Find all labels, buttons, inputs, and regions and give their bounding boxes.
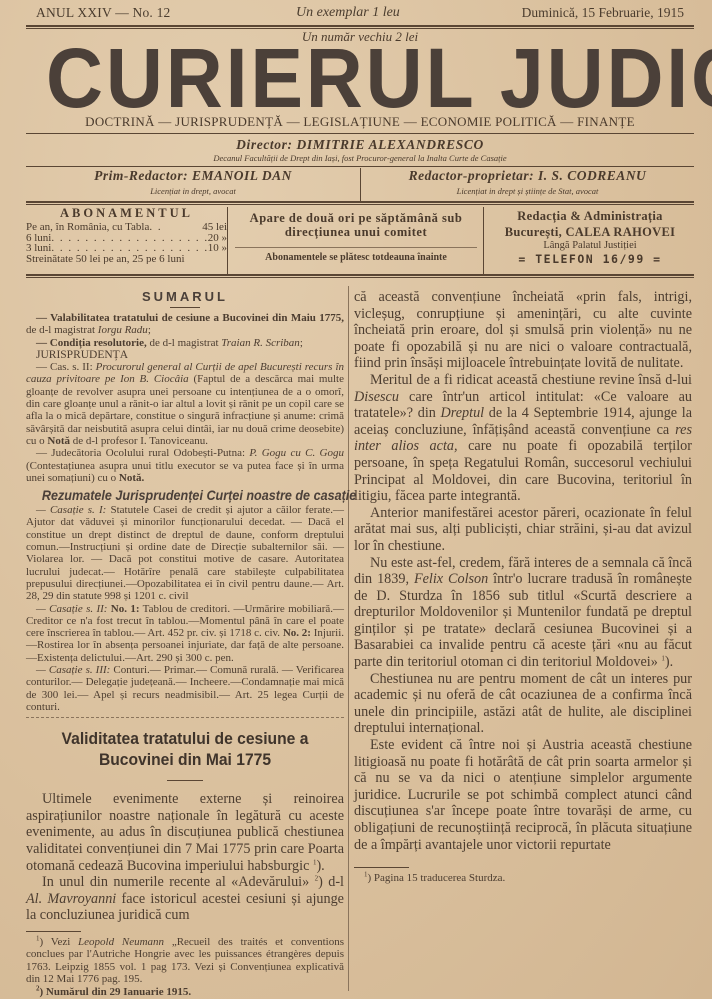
footnote-rule	[26, 931, 81, 932]
rule	[26, 133, 694, 134]
director-line: Director: DIMITRIE ALEXANDRESCO	[26, 137, 694, 153]
footnotes-right: 1) Pagina 15 traducerea Sturdza.	[354, 872, 692, 884]
paragraph: Meritul de a fi ridicat această chestiun…	[354, 372, 692, 505]
subscription-title: ABONAMENTUL	[26, 207, 227, 220]
footnote-rule	[354, 867, 409, 868]
redactor-proprietar-block: Redactor-proprietar: I. S. CODREANU Lice…	[360, 168, 694, 201]
publication-frequency: Apare de două ori pe săptămână sub direc…	[229, 211, 483, 239]
ornament-rule	[170, 307, 200, 308]
summary-list: — Valabilitatea tratatului de cesiune a …	[26, 312, 344, 713]
summary-item: — Condiția resolutorie, de d-l magistrat…	[26, 337, 344, 349]
article-body-left: Ultimele evenimente externe și reinoirea…	[26, 791, 344, 924]
footnote: 2) Numărul din 29 Ianuarie 1915.	[26, 986, 344, 998]
summary-item: — Casație s. II: No. 1: Tablou de credit…	[26, 603, 344, 664]
divider	[235, 247, 477, 248]
administration-title: Redacția & Administrația	[486, 209, 694, 223]
article-title: Validitatea tratatului de cesiune a Buco…	[39, 728, 332, 770]
paragraph: Chestiunea nu are pentru moment de cât u…	[354, 671, 692, 737]
administration-landmark: Lângă Palatul Justiției	[486, 239, 694, 252]
rezumate-heading: Rezumatele Jurisprudenței Curței noastre…	[42, 486, 328, 504]
summary-item: — Valabilitatea tratatului de cesiune a …	[26, 312, 344, 337]
issue-date: Duminică, 15 Februarie, 1915	[522, 5, 684, 21]
ornament-rule	[167, 780, 203, 781]
info-box: ABONAMENTUL Pe an, în România, cu Tabla …	[26, 207, 694, 274]
summary-section-heading: JURISPRUDENȚA	[26, 349, 344, 361]
redactor-proprietar-credentials: Licențiat in drept și științe de Stat, a…	[361, 186, 694, 196]
footnote: 1) Vezi Leopold Neumann „Recueil des tra…	[26, 936, 344, 986]
summary-item: — Judecătoria Ocolului rural Odobești-Pu…	[26, 447, 344, 484]
payment-note: Abonamentele se plătesc totdeauna înaint…	[229, 252, 483, 263]
prim-redactor-block: Prim-Redactor: EMANOIL DAN Licențiat in …	[26, 168, 360, 196]
publication-block: Apare de două ori pe săptămână sub direc…	[229, 207, 484, 274]
administration-block: Redacția & Administrația București, CALE…	[486, 207, 694, 274]
prim-redactor-name: Prim-Redactor: EMANOIL DAN	[26, 168, 360, 184]
editors-row: Prim-Redactor: EMANOIL DAN Licențiat in …	[26, 168, 694, 201]
subscription-foreign: Streinătate 50 lei pe an, 25 pe 6 luni	[26, 254, 227, 265]
paragraph: Este evident că între noi și Austria ace…	[354, 737, 692, 853]
newspaper-title: CURIERUL JUDICIAR	[46, 40, 674, 116]
issue-price: Un exemplar 1 leu	[296, 5, 400, 21]
left-column: SUMARUL — Valabilitatea tratatului de ce…	[26, 289, 344, 998]
subscription-row: 3 luni . . . . . . . . . . . . . . . . .…	[26, 243, 227, 254]
column-divider	[348, 286, 349, 991]
paragraph: că această convențiune încheiată «prin f…	[354, 289, 692, 372]
footnotes-left: 1) Vezi Leopold Neumann „Recueil des tra…	[26, 936, 344, 998]
double-rule	[26, 201, 694, 205]
issue-number: ANUL XXIV — No. 12	[36, 5, 170, 21]
right-column: că această convențiune încheiată «prin f…	[354, 289, 692, 885]
paragraph: Nu este ast-fel, credem, fără interes de…	[354, 555, 692, 671]
administration-address: București, CALEA RAHOVEI	[486, 225, 694, 239]
dashed-rule	[26, 717, 344, 718]
paragraph: Ultimele evenimente externe și reinoirea…	[26, 791, 344, 874]
director-credentials: Decanul Facultății de Drept din Iași, fo…	[26, 153, 694, 163]
double-rule	[26, 274, 694, 278]
rule	[26, 166, 694, 167]
prim-redactor-credentials: Licențiat in drept, avocat	[26, 186, 360, 196]
subscription-row: Pe an, în România, cu Tabla . . 45 lei	[26, 222, 227, 233]
telephone-number: = TELEFON 16/99 =	[486, 252, 694, 267]
summary-item: — Casație s. III: Conturi.— Primar.— Com…	[26, 664, 344, 713]
summary-item: — Casație s. I: Statutele Casei de credi…	[26, 504, 344, 602]
subscription-block: ABONAMENTUL Pe an, în România, cu Tabla …	[26, 207, 228, 274]
summary-title: SUMARUL	[26, 289, 344, 304]
redactor-proprietar-name: Redactor-proprietar: I. S. CODREANU	[361, 168, 694, 184]
top-info-line: ANUL XXIV — No. 12 Un exemplar 1 leu Dum…	[26, 5, 694, 23]
article-body-right: că această convențiune încheiată «prin f…	[354, 289, 692, 853]
subjects-line: DOCTRINĂ — JURISPRUDENȚĂ — LEGISLAȚIUNE …	[26, 114, 694, 130]
paragraph: Anterior manifestărei acestor păreri, oc…	[354, 505, 692, 555]
subscription-row: 6 luni . . . . . . . . . . . . . . . . .…	[26, 233, 227, 244]
footnote: 1) Pagina 15 traducerea Sturdza.	[354, 872, 692, 884]
paragraph: In unul din numerile recente al «Adevăru…	[26, 874, 344, 924]
summary-item: — Cas. s. II: Procurorul general al Curț…	[26, 361, 344, 447]
